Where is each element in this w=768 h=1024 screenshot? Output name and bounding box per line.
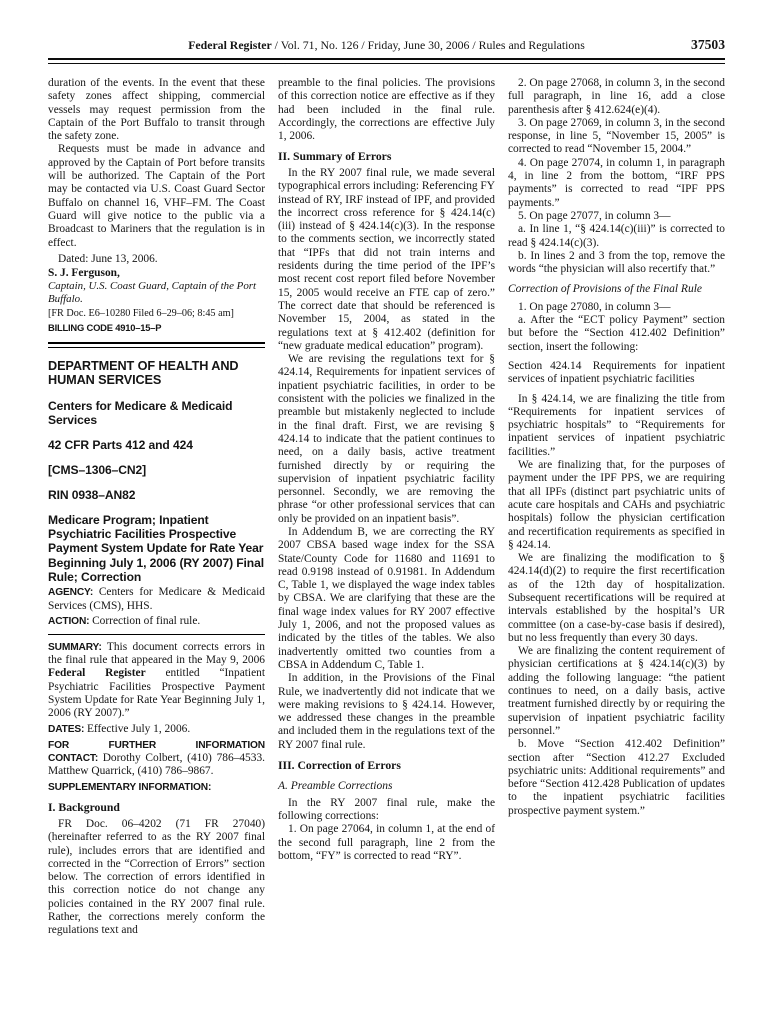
field-label: FOR FURTHER INFORMATION CONTACT:: [48, 740, 265, 764]
italic-heading: A. Preamble Corrections: [278, 780, 495, 793]
federal-register-page: Federal Register / Vol. 71, No. 126 / Fr…: [0, 0, 768, 1024]
field-label: DATES:: [48, 724, 87, 735]
body-paragraph: We are finalizing the modification to § …: [508, 552, 725, 645]
body-paragraph: preamble to the final policies. The prov…: [278, 77, 495, 143]
body-paragraph: In the RY 2007 final rule, we made sever…: [278, 167, 495, 353]
label-paragraph: AGENCY: Centers for Medicare & Medicaid …: [48, 586, 265, 613]
sans-heading: 42 CFR Parts 412 and 424: [48, 438, 265, 452]
body-paragraph: Requests must be made in advance and app…: [48, 143, 265, 249]
journal-title: Federal Register: [188, 38, 272, 52]
fr-doc-line: [FR Doc. E6–10280 Filed 6–29–06; 8:45 am…: [48, 307, 265, 320]
label-paragraph: SUMMARY: This document corrects errors i…: [48, 641, 265, 721]
italic-heading: Correction of Provisions of the Final Ru…: [508, 283, 725, 296]
three-column-body: duration of the events. In the event tha…: [48, 77, 725, 938]
body-paragraph: 1. On page 27080, in column 3—: [508, 301, 725, 314]
document-separator-rule: [48, 342, 265, 348]
sans-heading: Centers for Medicare & Medicaid Services: [48, 399, 265, 427]
serif-heading: I. Background: [48, 801, 265, 815]
sans-heading: Medicare Program; Inpatient Psychiatric …: [48, 513, 265, 583]
sans-heading: [CMS–1306–CN2]: [48, 463, 265, 477]
body-paragraph: In addition, in the Provisions of the Fi…: [278, 672, 495, 752]
body-paragraph: a. In line 1, “§ 424.14(c)(iii)” is corr…: [508, 223, 725, 250]
signatory-title: Captain, U.S. Coast Guard, Captain of th…: [48, 280, 265, 305]
label-paragraph: SUPPLEMENTARY INFORMATION:: [48, 781, 265, 794]
body-paragraph: 1. On page 27064, in column 1, at the en…: [278, 823, 495, 863]
label-paragraph: ACTION: Correction of final rule.: [48, 615, 265, 628]
summary-divider-rule: [48, 634, 265, 635]
field-label: AGENCY:: [48, 587, 99, 598]
column-1: duration of the events. In the event tha…: [48, 77, 265, 938]
serif-heading: III. Correction of Errors: [278, 759, 495, 773]
field-label: ACTION:: [48, 616, 92, 627]
field-label: SUMMARY:: [48, 642, 107, 653]
department-heading: DEPARTMENT OF HEALTH AND HUMAN SERVICES: [48, 359, 265, 388]
body-paragraph: b. Move “Section 412.402 Definition” sec…: [508, 738, 725, 818]
journal-citation: / Vol. 71, No. 126 / Friday, June 30, 20…: [272, 38, 585, 52]
label-paragraph: DATES: Effective July 1, 2006.: [48, 723, 265, 736]
body-paragraph: We are revising the regulations text for…: [278, 353, 495, 526]
body-paragraph: b. In lines 2 and 3 from the top, remove…: [508, 250, 725, 277]
field-label: SUPPLEMENTARY INFORMATION:: [48, 782, 214, 793]
body-paragraph: a. After the “ECT policy Payment” sectio…: [508, 314, 725, 354]
label-paragraph: FOR FURTHER INFORMATION CONTACT: Dorothy…: [48, 739, 265, 779]
body-paragraph: We are finalizing that, for the purposes…: [508, 459, 725, 552]
page-header: Federal Register / Vol. 71, No. 126 / Fr…: [48, 38, 725, 54]
section-reference: Section 424.14 Requirements for inpatien…: [508, 360, 725, 387]
body-paragraph: 5. On page 27077, in column 3—: [508, 210, 725, 223]
body-paragraph: In Addendum B, we are correcting the RY …: [278, 526, 495, 672]
body-paragraph: 3. On page 27069, in column 3, in the se…: [508, 117, 725, 157]
dated-line: Dated: June 13, 2006.: [48, 253, 265, 266]
sans-heading: RIN 0938–AN82: [48, 488, 265, 502]
serif-heading: II. Summary of Errors: [278, 150, 495, 164]
body-paragraph: 2. On page 27068, in column 3, in the se…: [508, 77, 725, 117]
column-2: preamble to the final policies. The prov…: [278, 77, 495, 938]
header-rule: [48, 58, 725, 64]
signatory-name: S. J. Ferguson,: [48, 267, 265, 280]
body-paragraph: In the RY 2007 final rule, make the foll…: [278, 797, 495, 824]
column-3: 2. On page 27068, in column 3, in the se…: [508, 77, 725, 938]
body-paragraph: 4. On page 27074, in column 1, in paragr…: [508, 157, 725, 210]
body-paragraph: We are finalizing the content requiremen…: [508, 645, 725, 738]
billing-code: BILLING CODE 4910–15–P: [48, 321, 265, 334]
body-paragraph: duration of the events. In the event tha…: [48, 77, 265, 143]
body-paragraph: In § 424.14, we are finalizing the title…: [508, 393, 725, 459]
page-number: 37503: [691, 38, 725, 52]
body-paragraph: FR Doc. 06–4202 (71 FR 27040) (hereinaft…: [48, 818, 265, 938]
